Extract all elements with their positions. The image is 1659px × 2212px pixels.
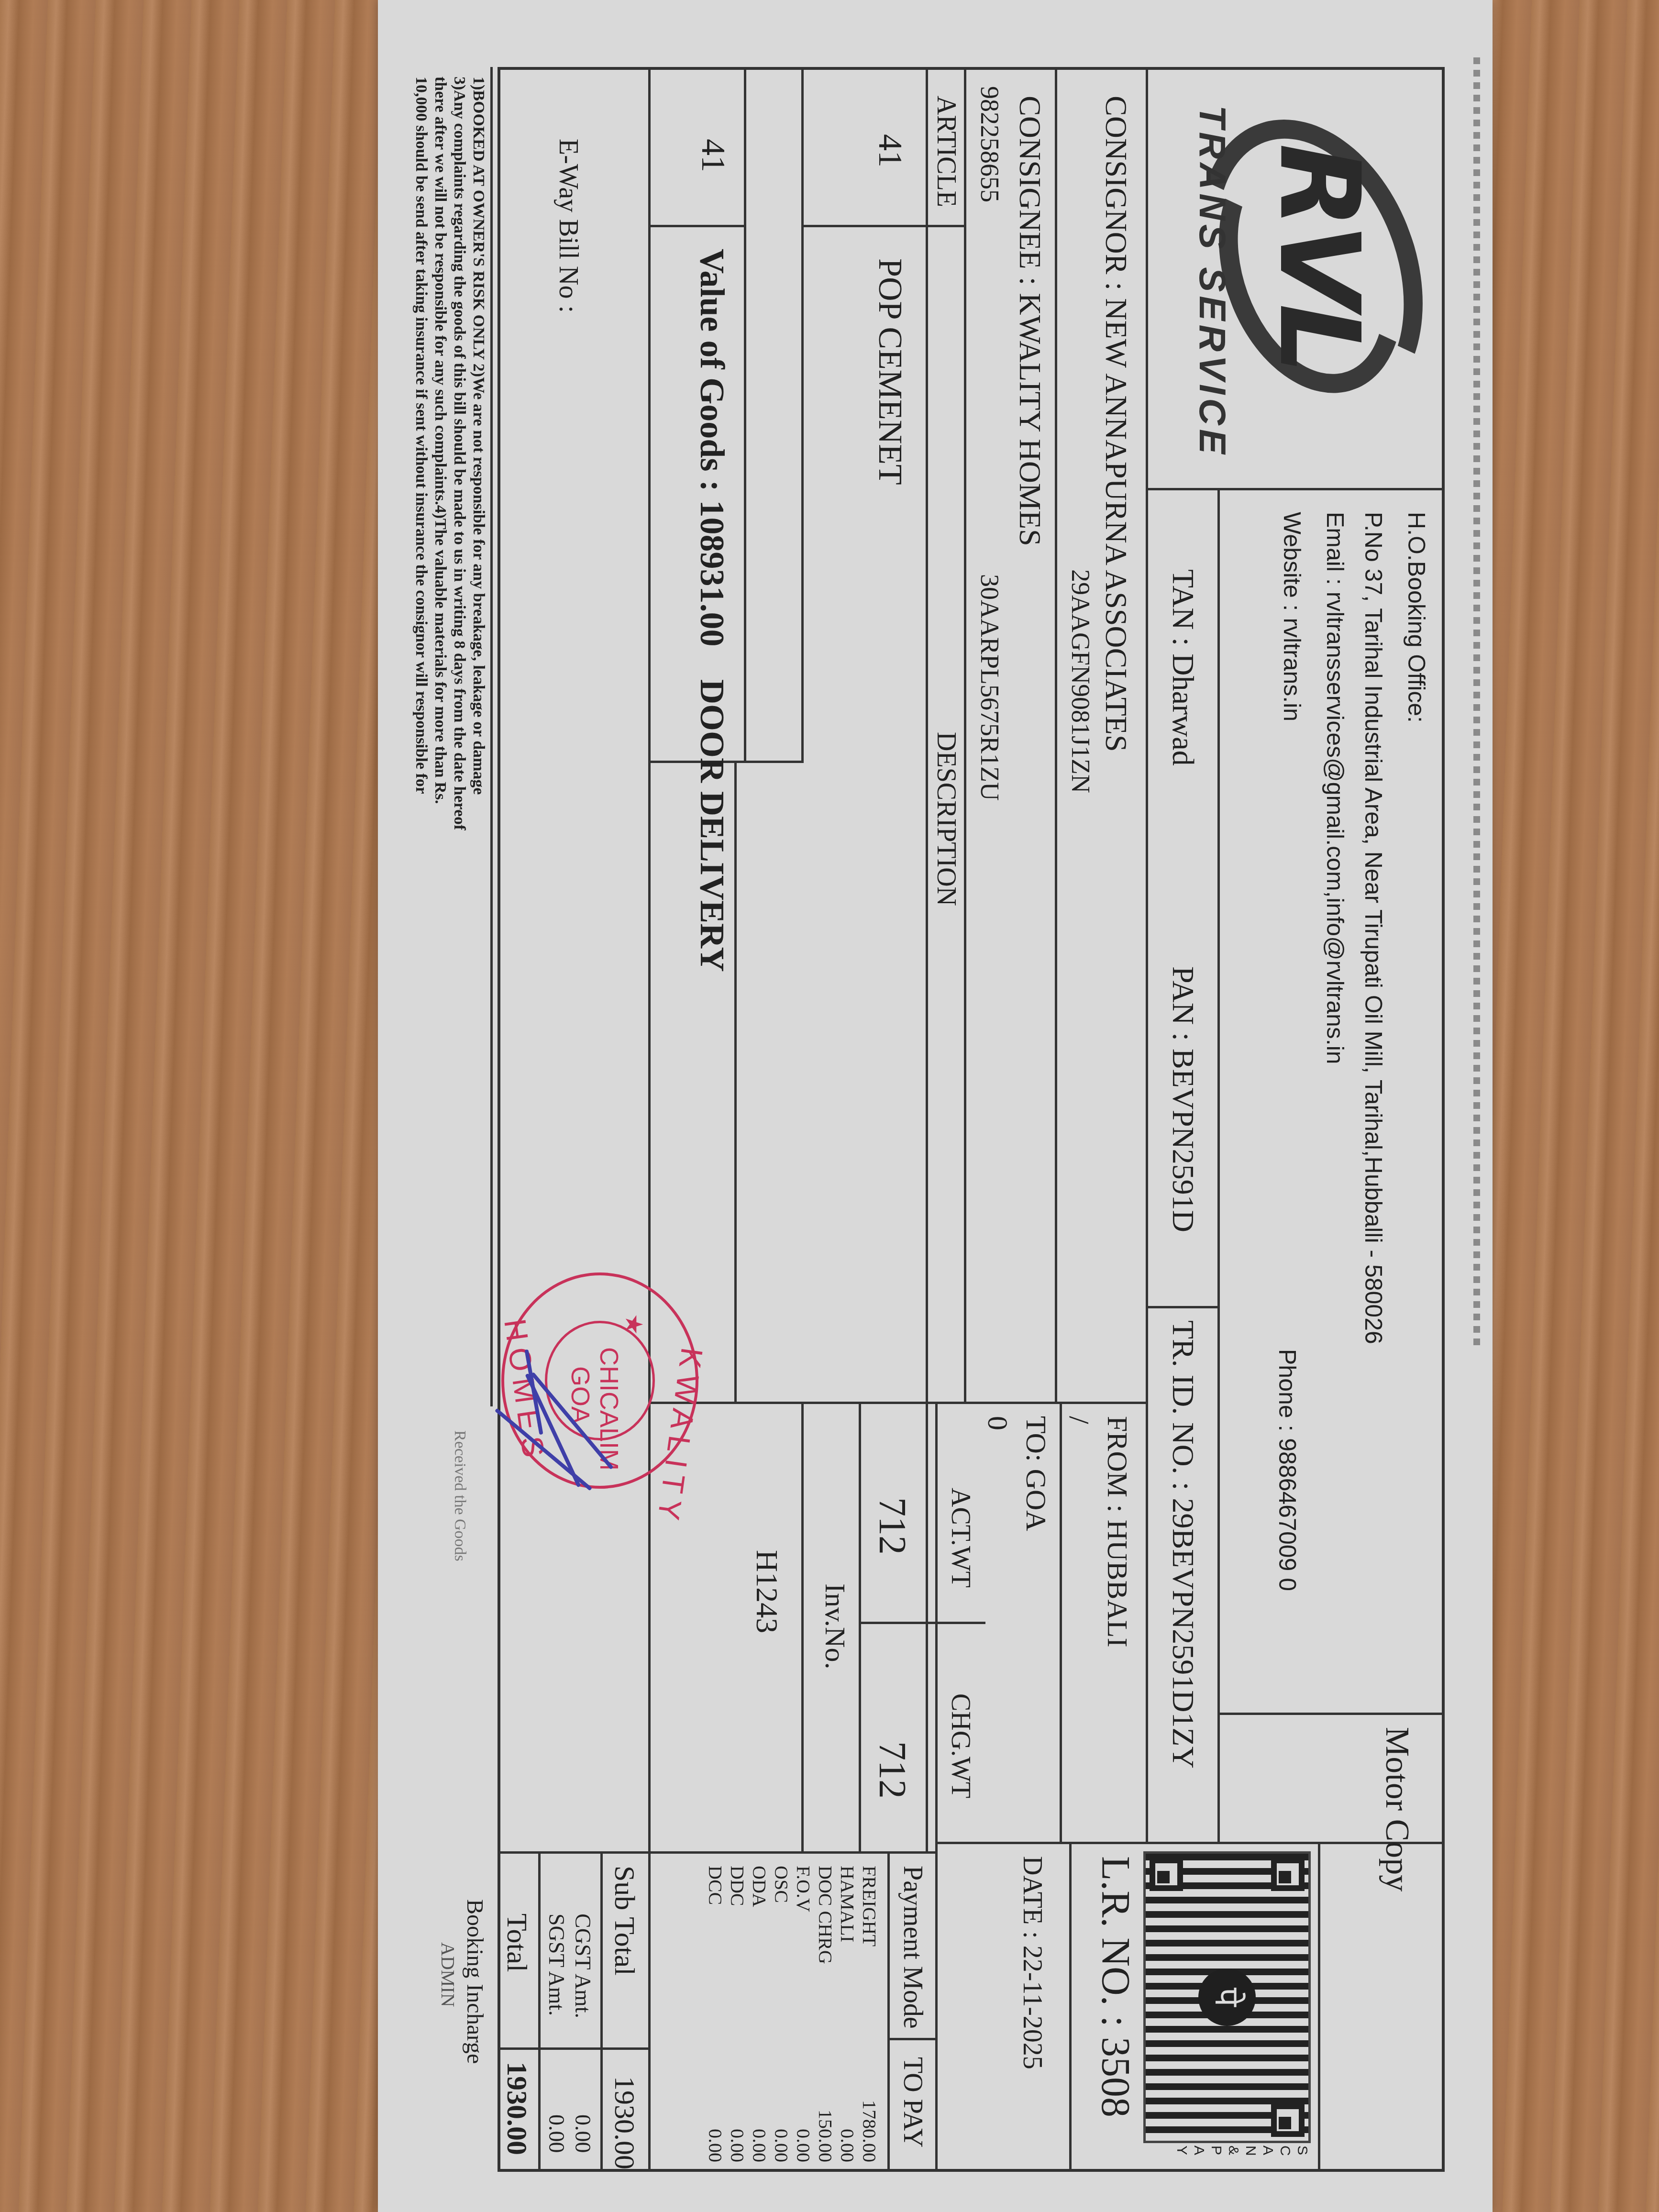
total-label: Total: [500, 1913, 533, 1972]
cgst-value: 0.00: [570, 2114, 596, 2153]
tr-id-number: TR. ID. NO. : 29BEVPN2591D1ZY: [1165, 1320, 1201, 1769]
qr-finder-icon: [1271, 2103, 1305, 2137]
charge-value: 0.00: [704, 2129, 726, 2162]
charge-row: DCC0.00: [704, 1866, 726, 2162]
charge-row: HAMALI0.00: [836, 1866, 858, 2162]
booking-date: DATE : 22-11-2025: [1017, 1856, 1048, 2069]
delivery-type: DOOR DELIVERY: [692, 679, 732, 972]
goods-description: POP CEMENET: [871, 258, 909, 485]
invoice-number: H1243: [749, 1550, 785, 1633]
payment-qr-code[interactable]: पे: [1143, 1851, 1311, 2143]
payment-mode-label: Payment Mode: [897, 1866, 928, 2029]
qr-finder-icon: [1271, 1858, 1305, 1891]
sub-total-label: Sub Total: [608, 1866, 641, 1976]
charge-value: 0.00: [748, 2129, 770, 2162]
received-text: Received the Goods: [451, 1430, 469, 1561]
consignee-gst: 30AARPL5675R1ZU: [975, 574, 1005, 801]
qr-finder-icon: [1150, 1858, 1183, 1891]
consignee-name: CONSIGNEE : KWALITY HOMES: [1012, 96, 1048, 546]
company-website: Website : rvltrans.in: [1278, 512, 1306, 721]
eway-bill-label: E-Way Bill No :: [553, 139, 584, 313]
charge-row: FREIGHT1780.00: [858, 1866, 880, 2162]
charge-label: DDC: [726, 1866, 748, 1906]
payment-mode-value: TO PAY: [897, 2057, 928, 2147]
sgst-value: 0.00: [544, 2114, 569, 2153]
sgst-label: SGST Amt.: [544, 1913, 569, 2016]
perforation-edge: [1473, 57, 1480, 1349]
charged-weight: 712: [870, 1741, 914, 1799]
route-from: FROM : HUBBALI: [1101, 1416, 1134, 1647]
sub-total-value: 1930.00: [608, 2076, 641, 2169]
col-header-act-wt: ACT.WT: [945, 1488, 976, 1588]
office-heading: H.O.Booking Office:: [1403, 512, 1430, 723]
total-value: 1930.00: [500, 2062, 533, 2155]
charges-list: FREIGHT1780.00HAMALI0.00DOC CHRG150.00F.…: [704, 1866, 880, 2162]
charge-value: 1780.00: [858, 2100, 880, 2162]
lorry-receipt: RVL TRANS SERVICE H.O.Booking Office: P.…: [431, 67, 1445, 2172]
value-of-goods: Value of Goods : 108931.00: [692, 249, 732, 646]
article-count: 41: [871, 134, 909, 167]
charge-value: 150.00: [814, 2110, 836, 2162]
charge-row: F.O.V0.00: [792, 1866, 814, 2162]
tan-number: TAN : Dharwad: [1165, 569, 1201, 766]
office-address: P.No 37, Tarihal Industrial Area, Near T…: [1360, 512, 1387, 1344]
stamp-star-icon: ★: [620, 1314, 648, 1335]
booking-incharge-label: Booking Incharge: [462, 1899, 488, 2064]
phonepe-icon: पे: [1198, 1969, 1256, 2026]
route-to-sub: 0: [981, 1416, 1014, 1430]
col-header-chg-wt: CHG.WT: [945, 1693, 976, 1798]
charge-label: ODA: [748, 1866, 770, 1907]
charge-value: 0.00: [770, 2129, 792, 2162]
consignee-phone: 982258655: [975, 86, 1005, 202]
booking-incharge-name: ADMIN: [437, 1942, 459, 2007]
terms-and-conditions: 1)BOOKED AT OWNER'S RISK ONLY 2)We are n…: [411, 77, 488, 830]
charge-value: 0.00: [836, 2129, 858, 2162]
charge-label: DOC CHRG: [814, 1866, 836, 1964]
charge-label: OSC: [770, 1866, 792, 1903]
route-from-sub: /: [1062, 1416, 1095, 1424]
cgst-label: CGST Amt.: [570, 1913, 596, 2018]
lr-number: L.R. NO. : 3508: [1092, 1856, 1139, 2117]
charge-label: HAMALI: [836, 1866, 858, 1942]
charge-row: DOC CHRG150.00: [814, 1866, 836, 2162]
consignor-name: CONSIGNOR : NEW ANNAPURNA ASSOCIATES: [1098, 96, 1134, 752]
charge-value: 0.00: [726, 2129, 748, 2162]
charge-label: F.O.V: [792, 1866, 814, 1912]
route-to: TO: GOA: [1019, 1416, 1052, 1531]
consignor-gst: 29AAGFN9081J1ZN: [1066, 569, 1095, 793]
charge-row: OSC0.00: [770, 1866, 792, 2162]
col-header-article: ARTICLE: [931, 96, 962, 207]
charge-value: 0.00: [792, 2129, 814, 2162]
col-header-description: DESCRIPTION: [931, 732, 962, 906]
copy-label: Motor Copy: [1378, 1727, 1416, 1891]
charge-label: DCC: [704, 1866, 726, 1905]
charge-row: ODA0.00: [748, 1866, 770, 2162]
charge-row: DDC0.00: [726, 1866, 748, 2162]
company-logo: RVL TRANS SERVICE: [1186, 86, 1426, 459]
company-email: Email : rvltransservices@gmail.com,info@…: [1321, 512, 1349, 1064]
company-phone: Phone : 9886467009 0: [1273, 1349, 1301, 1591]
logo-text: RVL: [1255, 144, 1382, 369]
scan-and-pay-text: SCAN&PAY: [1173, 2146, 1311, 2160]
actual-weight: 712: [870, 1497, 914, 1555]
summary-article-count: 41: [694, 139, 732, 172]
col-header-inv-no: Inv.No.: [818, 1583, 852, 1669]
pan-number: PAN : BEVPN2591D: [1165, 966, 1201, 1232]
charge-label: FREIGHT: [858, 1866, 880, 1947]
logo-tagline: TRANS SERVICE: [1191, 105, 1234, 458]
